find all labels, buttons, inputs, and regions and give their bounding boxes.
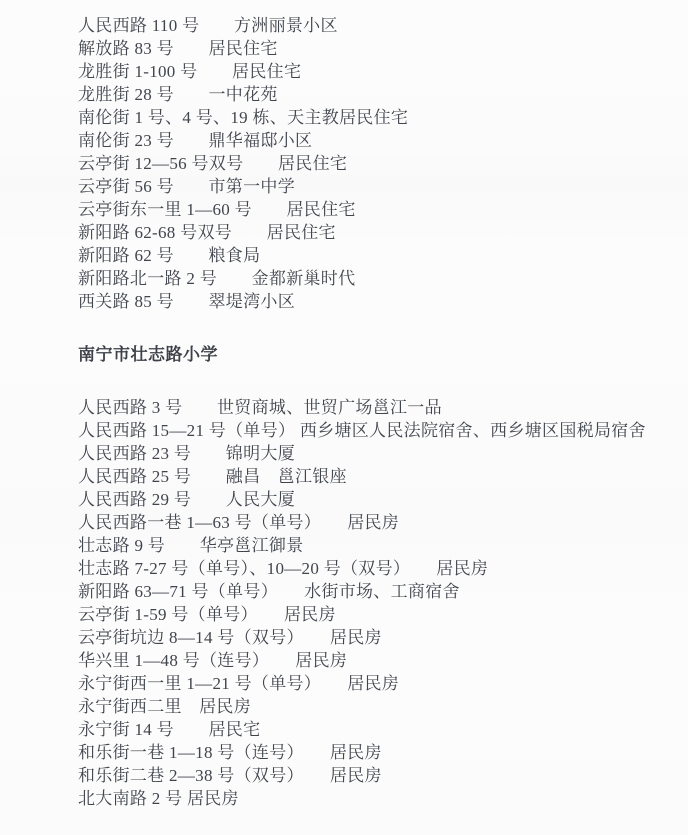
address-line: 南伦街 1 号、4 号、19 栋、天主教居民住宅 xyxy=(78,106,668,129)
address-list-section-2: 人民西路 3 号 世贸商城、世贸广场邕江一品 人民西路 15—21 号（单号） … xyxy=(78,396,668,810)
address-line: 和乐街二巷 2—38 号（双号） 居民房 xyxy=(78,764,668,787)
address-line: 新阳路 63—71 号（单号） 水街市场、工商宿舍 xyxy=(78,580,668,603)
address-line: 壮志路 7-27 号（单号）、10—20 号（双号） 居民房 xyxy=(78,557,668,580)
address-line: 西关路 85 号 翠堤湾小区 xyxy=(78,290,668,313)
address-line: 人民西路 23 号 锦明大厦 xyxy=(78,442,668,465)
address-line: 和乐街一巷 1—18 号（连号） 居民房 xyxy=(78,741,668,764)
address-line: 永宁街 14 号 居民宅 xyxy=(78,718,668,741)
address-line: 永宁街西一里 1—21 号（单号） 居民房 xyxy=(78,672,668,695)
address-line: 人民西路一巷 1—63 号（单号） 居民房 xyxy=(78,511,668,534)
address-line: 华兴里 1—48 号（连号） 居民房 xyxy=(78,649,668,672)
address-list-section-1: 人民西路 110 号 方洲丽景小区 解放路 83 号 居民住宅 龙胜街 1-10… xyxy=(78,14,668,313)
address-line: 南伦街 23 号 鼎华福邸小区 xyxy=(78,129,668,152)
address-line: 云亭街 1-59 号（单号） 居民房 xyxy=(78,603,668,626)
address-line: 永宁街西二里 居民房 xyxy=(78,695,668,718)
address-line: 龙胜街 28 号 一中花苑 xyxy=(78,83,668,106)
address-line: 云亭街坑边 8—14 号（双号） 居民房 xyxy=(78,626,668,649)
address-line: 新阳路 62-68 号双号 居民住宅 xyxy=(78,221,668,244)
address-line: 人民西路 25 号 融昌 邕江银座 xyxy=(78,465,668,488)
address-line: 新阳路北一路 2 号 金都新巢时代 xyxy=(78,267,668,290)
address-line: 人民西路 110 号 方洲丽景小区 xyxy=(78,14,668,37)
address-line: 解放路 83 号 居民住宅 xyxy=(78,37,668,60)
school-name-heading: 南宁市壮志路小学 xyxy=(78,343,668,366)
address-line: 龙胜街 1-100 号 居民住宅 xyxy=(78,60,668,83)
address-line: 云亭街东一里 1—60 号 居民住宅 xyxy=(78,198,668,221)
address-line: 壮志路 9 号 华亭邕江御景 xyxy=(78,534,668,557)
address-line: 人民西路 3 号 世贸商城、世贸广场邕江一品 xyxy=(78,396,668,419)
scanned-document-page: 人民西路 110 号 方洲丽景小区 解放路 83 号 居民住宅 龙胜街 1-10… xyxy=(0,0,688,835)
address-line: 云亭街 12—56 号双号 居民住宅 xyxy=(78,152,668,175)
address-line: 人民西路 29 号 人民大厦 xyxy=(78,488,668,511)
address-line: 北大南路 2 号 居民房 xyxy=(78,787,668,810)
address-line: 云亭街 56 号 市第一中学 xyxy=(78,175,668,198)
address-line: 新阳路 62 号 粮食局 xyxy=(78,244,668,267)
address-line: 人民西路 15—21 号（单号） 西乡塘区人民法院宿舍、西乡塘区国税局宿舍 xyxy=(78,419,668,442)
